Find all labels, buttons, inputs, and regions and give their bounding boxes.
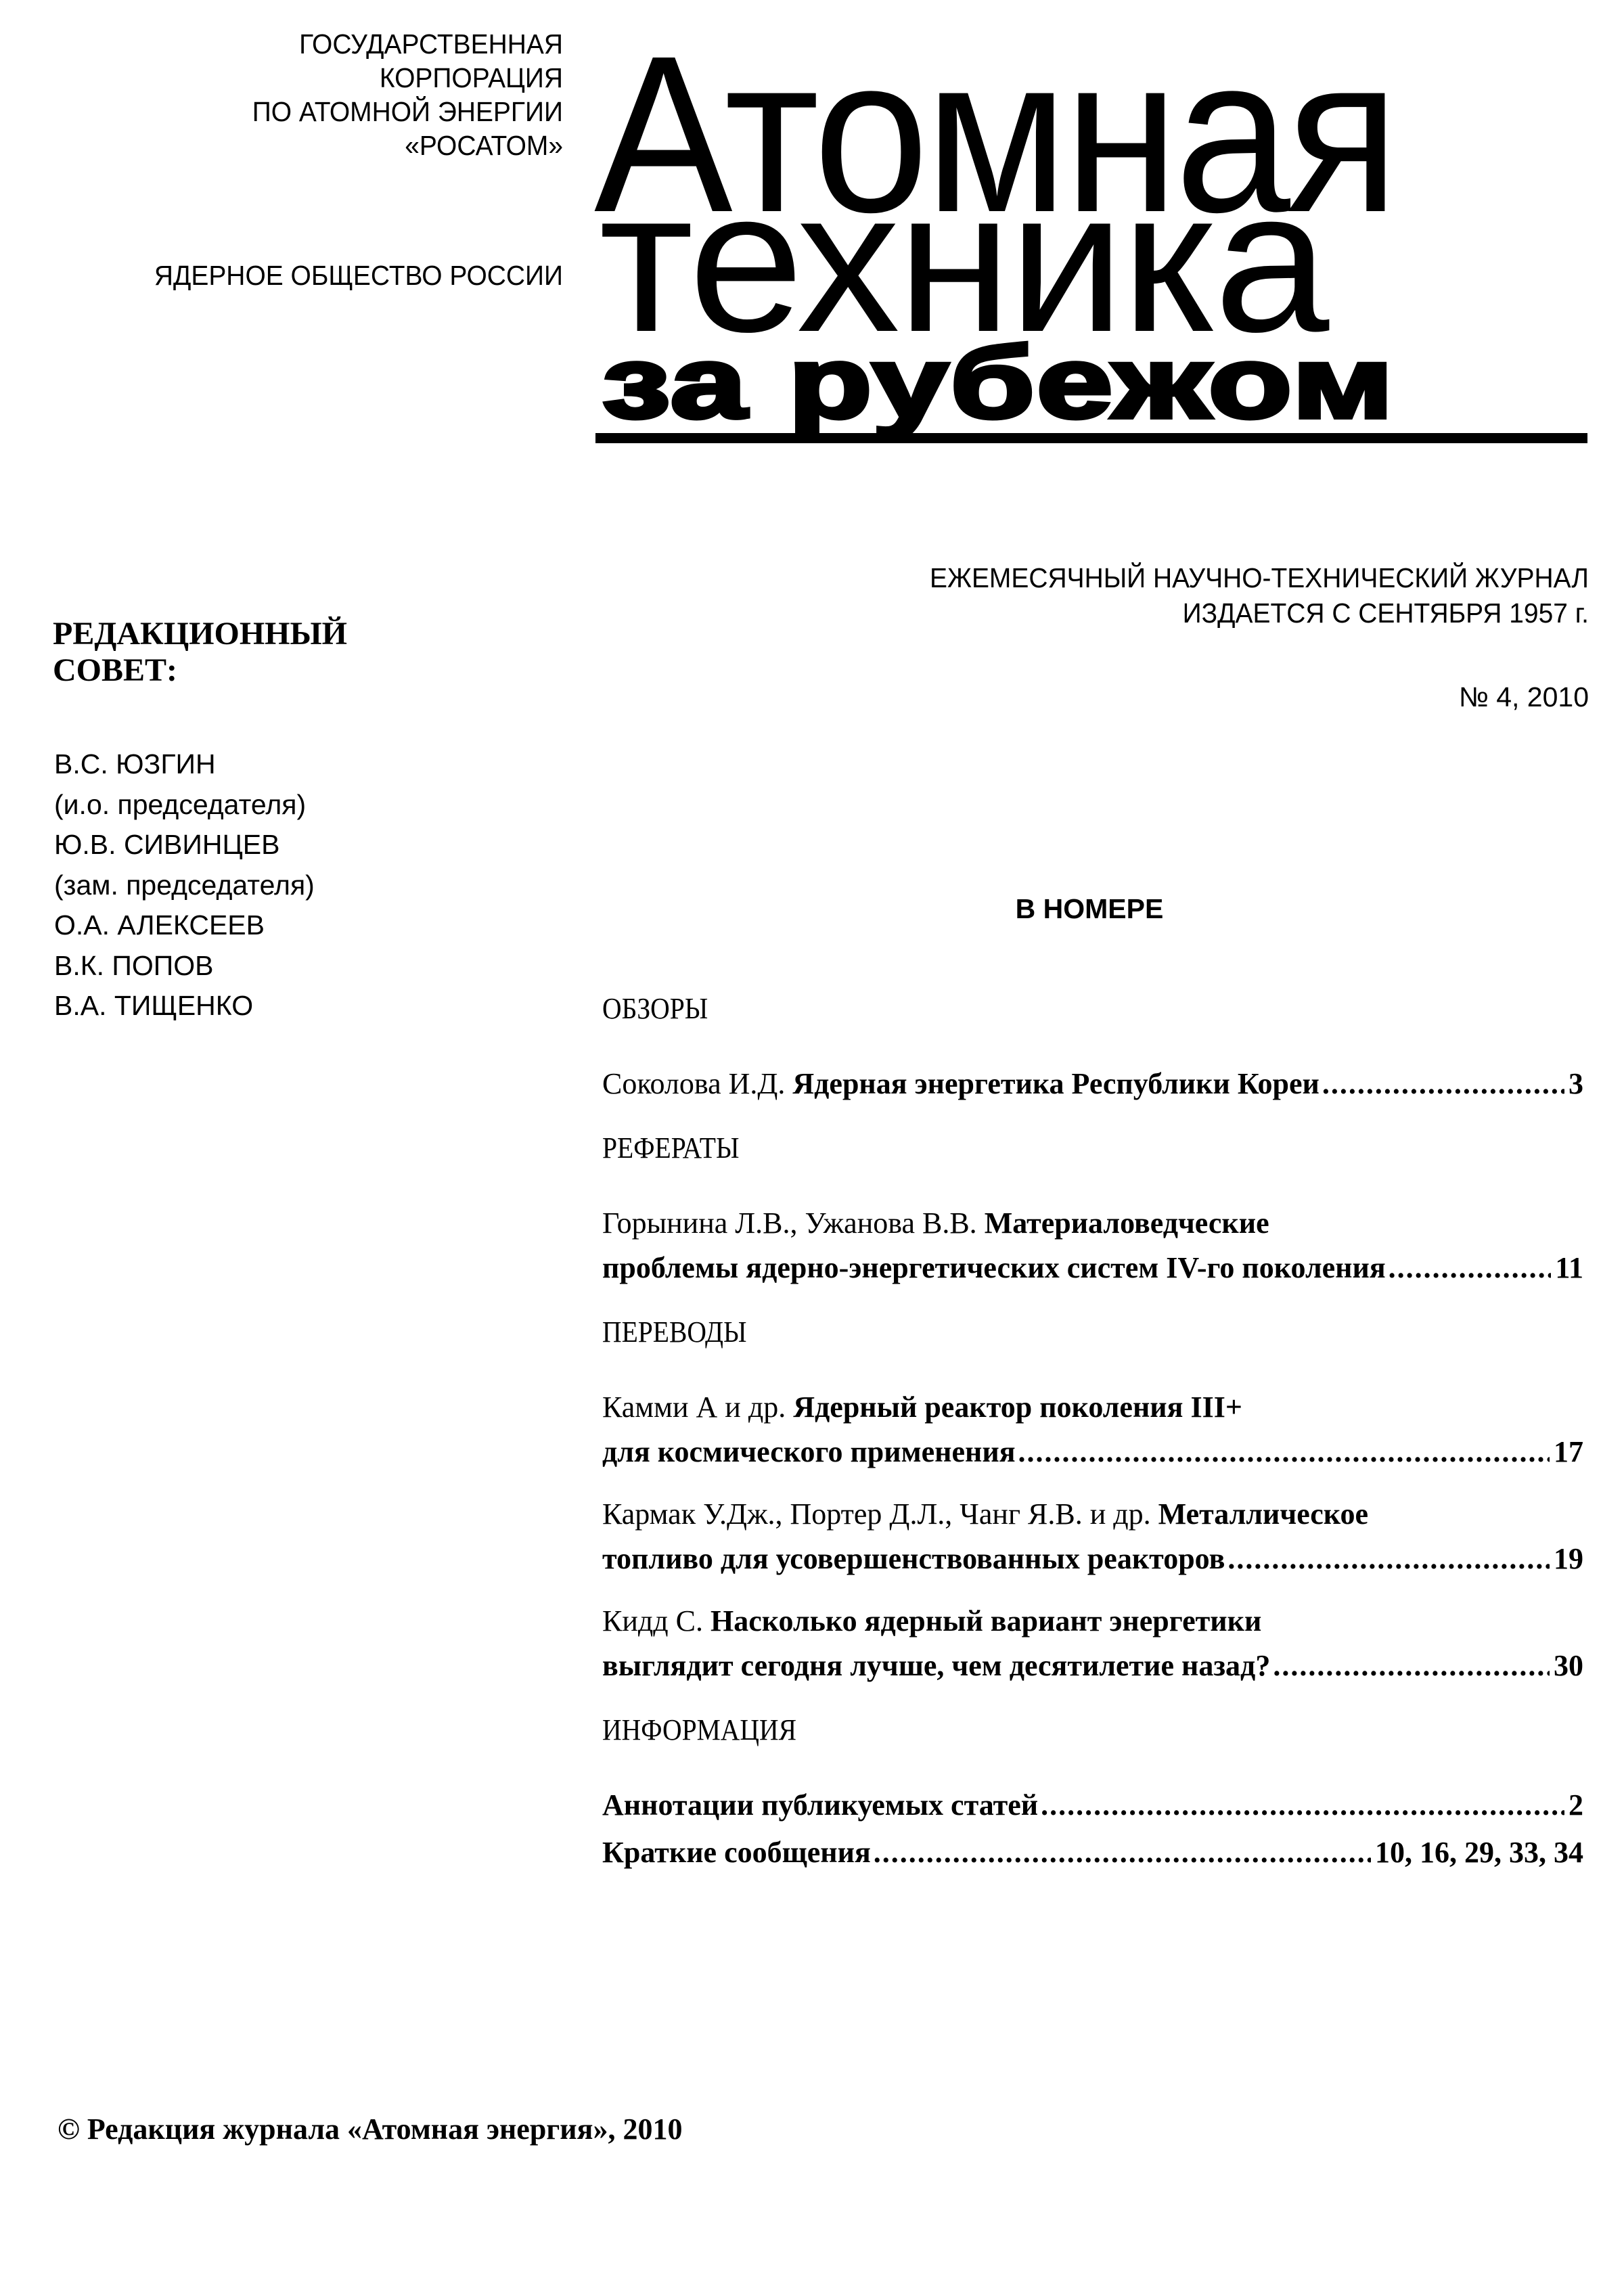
entry-title-cont: для космического применения: [602, 1430, 1016, 1474]
entry-page: 11: [1555, 1246, 1583, 1290]
entry-author: Горынина Л.В., Ужанова В.В.: [602, 1201, 977, 1246]
toc-section-obzory: ОБЗОРЫ: [602, 991, 1485, 1026]
issue-number: № 4, 2010: [1150, 679, 1589, 715]
entry-title: Краткие сообщения: [602, 1830, 871, 1875]
table-of-contents: ОБЗОРЫ Соколова И.Д. Ядерная энергетика …: [602, 991, 1583, 1893]
board-member: В.К. ПОПОВ: [54, 946, 315, 987]
board-member: Ю.В. СИВИНЦЕВ: [54, 825, 315, 865]
journal-subtitle: ЕЖЕМЕСЯЧНЫЙ НАУЧНО-ТЕХНИЧЕСКИЙ ЖУРНАЛ ИЗ…: [786, 560, 1589, 631]
publisher-line: «РОСАТОМ»: [28, 129, 563, 162]
toc-entry[interactable]: Камми А и др. Ядерный реактор поколения …: [602, 1385, 1583, 1474]
publisher-line: КОРПОРАЦИЯ: [28, 61, 563, 95]
publisher-block: ГОСУДАРСТВЕННАЯ КОРПОРАЦИЯ ПО АТОМНОЙ ЭН…: [28, 27, 563, 162]
entry-title-cont: топливо для усовершенствованных реакторо…: [602, 1537, 1225, 1581]
entry-title-cont: проблемы ядерно-энергетических систем IV…: [602, 1246, 1386, 1290]
logo-underline-rule: [595, 433, 1587, 443]
toc-section-referaty: РЕФЕРАТЫ: [602, 1131, 1485, 1166]
entry-page: 30: [1554, 1644, 1583, 1688]
editorial-board-heading-line: СОВЕТ:: [53, 652, 347, 689]
board-member-role: (зам. председателя): [54, 865, 315, 906]
entry-author: Кидд С.: [602, 1599, 703, 1644]
editorial-board-heading-line: РЕДАКЦИОННЫЙ: [53, 616, 347, 652]
journal-since: ИЗДАЕТСЯ С СЕНТЯБРЯ 1957 г.: [786, 595, 1589, 631]
society-name: ЯДЕРНОЕ ОБЩЕСТВО РОССИИ: [28, 258, 563, 292]
entry-page: 19: [1554, 1537, 1583, 1581]
toc-section-informatsiya: ИНФОРМАЦИЯ: [602, 1713, 1485, 1748]
toc-entry[interactable]: Кармак У.Дж., Портер Д.Л., Чанг Я.В. и д…: [602, 1492, 1583, 1581]
toc-entry[interactable]: Соколова И.Д. Ядерная энергетика Республ…: [602, 1062, 1583, 1106]
toc-entry[interactable]: Горынина Л.В., Ужанова В.В. Материаловед…: [602, 1201, 1583, 1290]
board-member: В.А. ТИЩЕНКО: [54, 986, 315, 1026]
entry-title: Ядерная энергетика Республики Кореи: [792, 1062, 1319, 1106]
board-member: О.А. АЛЕКСЕЕВ: [54, 905, 315, 946]
entry-author: Соколова И.Д.: [602, 1062, 785, 1106]
toc-section-perevody: ПЕРЕВОДЫ: [602, 1315, 1485, 1350]
publisher-line: ПО АТОМНОЙ ЭНЕРГИИ: [28, 95, 563, 129]
entry-page: 3: [1569, 1062, 1583, 1106]
toc-entry[interactable]: Аннотации публикуемых статей 2: [602, 1783, 1583, 1828]
dot-leader: [1227, 1537, 1550, 1581]
journal-frequency: ЕЖЕМЕСЯЧНЫЙ НАУЧНО-ТЕХНИЧЕСКИЙ ЖУРНАЛ: [786, 560, 1589, 595]
dot-leader: [874, 1830, 1371, 1875]
entry-title: Ядерный реактор поколения III+: [793, 1385, 1242, 1430]
entry-title: Насколько ядерный вариант энергетики: [710, 1599, 1261, 1644]
publisher-line: ГОСУДАРСТВЕННАЯ: [28, 27, 563, 61]
toc-entry[interactable]: Краткие сообщения 10, 16, 29, 33, 34: [602, 1830, 1583, 1875]
entry-title: Аннотации публикуемых статей: [602, 1783, 1038, 1828]
board-member: В.С. ЮЗГИН: [54, 744, 315, 785]
entry-author: Кармак У.Дж., Портер Д.Л., Чанг Я.В. и д…: [602, 1492, 1151, 1537]
toc-heading: В НОМЕРЕ: [595, 892, 1583, 926]
entry-page: 10, 16, 29, 33, 34: [1375, 1830, 1583, 1875]
dot-leader: [1322, 1062, 1564, 1106]
entry-title: Металлическое: [1158, 1492, 1368, 1537]
entry-page: 17: [1554, 1430, 1583, 1474]
copyright-notice: © Редакция журнала «Атомная энергия», 20…: [58, 2111, 682, 2148]
editorial-board-heading: РЕДАКЦИОННЫЙ СОВЕТ:: [53, 616, 347, 689]
entry-author: Камми А и др.: [602, 1385, 786, 1430]
dot-leader: [1018, 1430, 1550, 1474]
toc-entry[interactable]: Кидд С. Насколько ядерный вариант энерге…: [602, 1599, 1583, 1688]
entry-title: Материаловедческие: [985, 1201, 1269, 1246]
editorial-board-list: В.С. ЮЗГИН (и.о. председателя) Ю.В. СИВИ…: [54, 744, 315, 1026]
entry-title-cont: выглядит сегодня лучше, чем десятилетие …: [602, 1644, 1270, 1688]
board-member-role: (и.о. председателя): [54, 785, 315, 826]
dot-leader: [1389, 1246, 1552, 1290]
dot-leader: [1041, 1783, 1564, 1828]
dot-leader: [1273, 1644, 1550, 1688]
entry-page: 2: [1569, 1783, 1583, 1828]
logo-title-za-rubezhom: за рубежом: [602, 325, 1395, 440]
